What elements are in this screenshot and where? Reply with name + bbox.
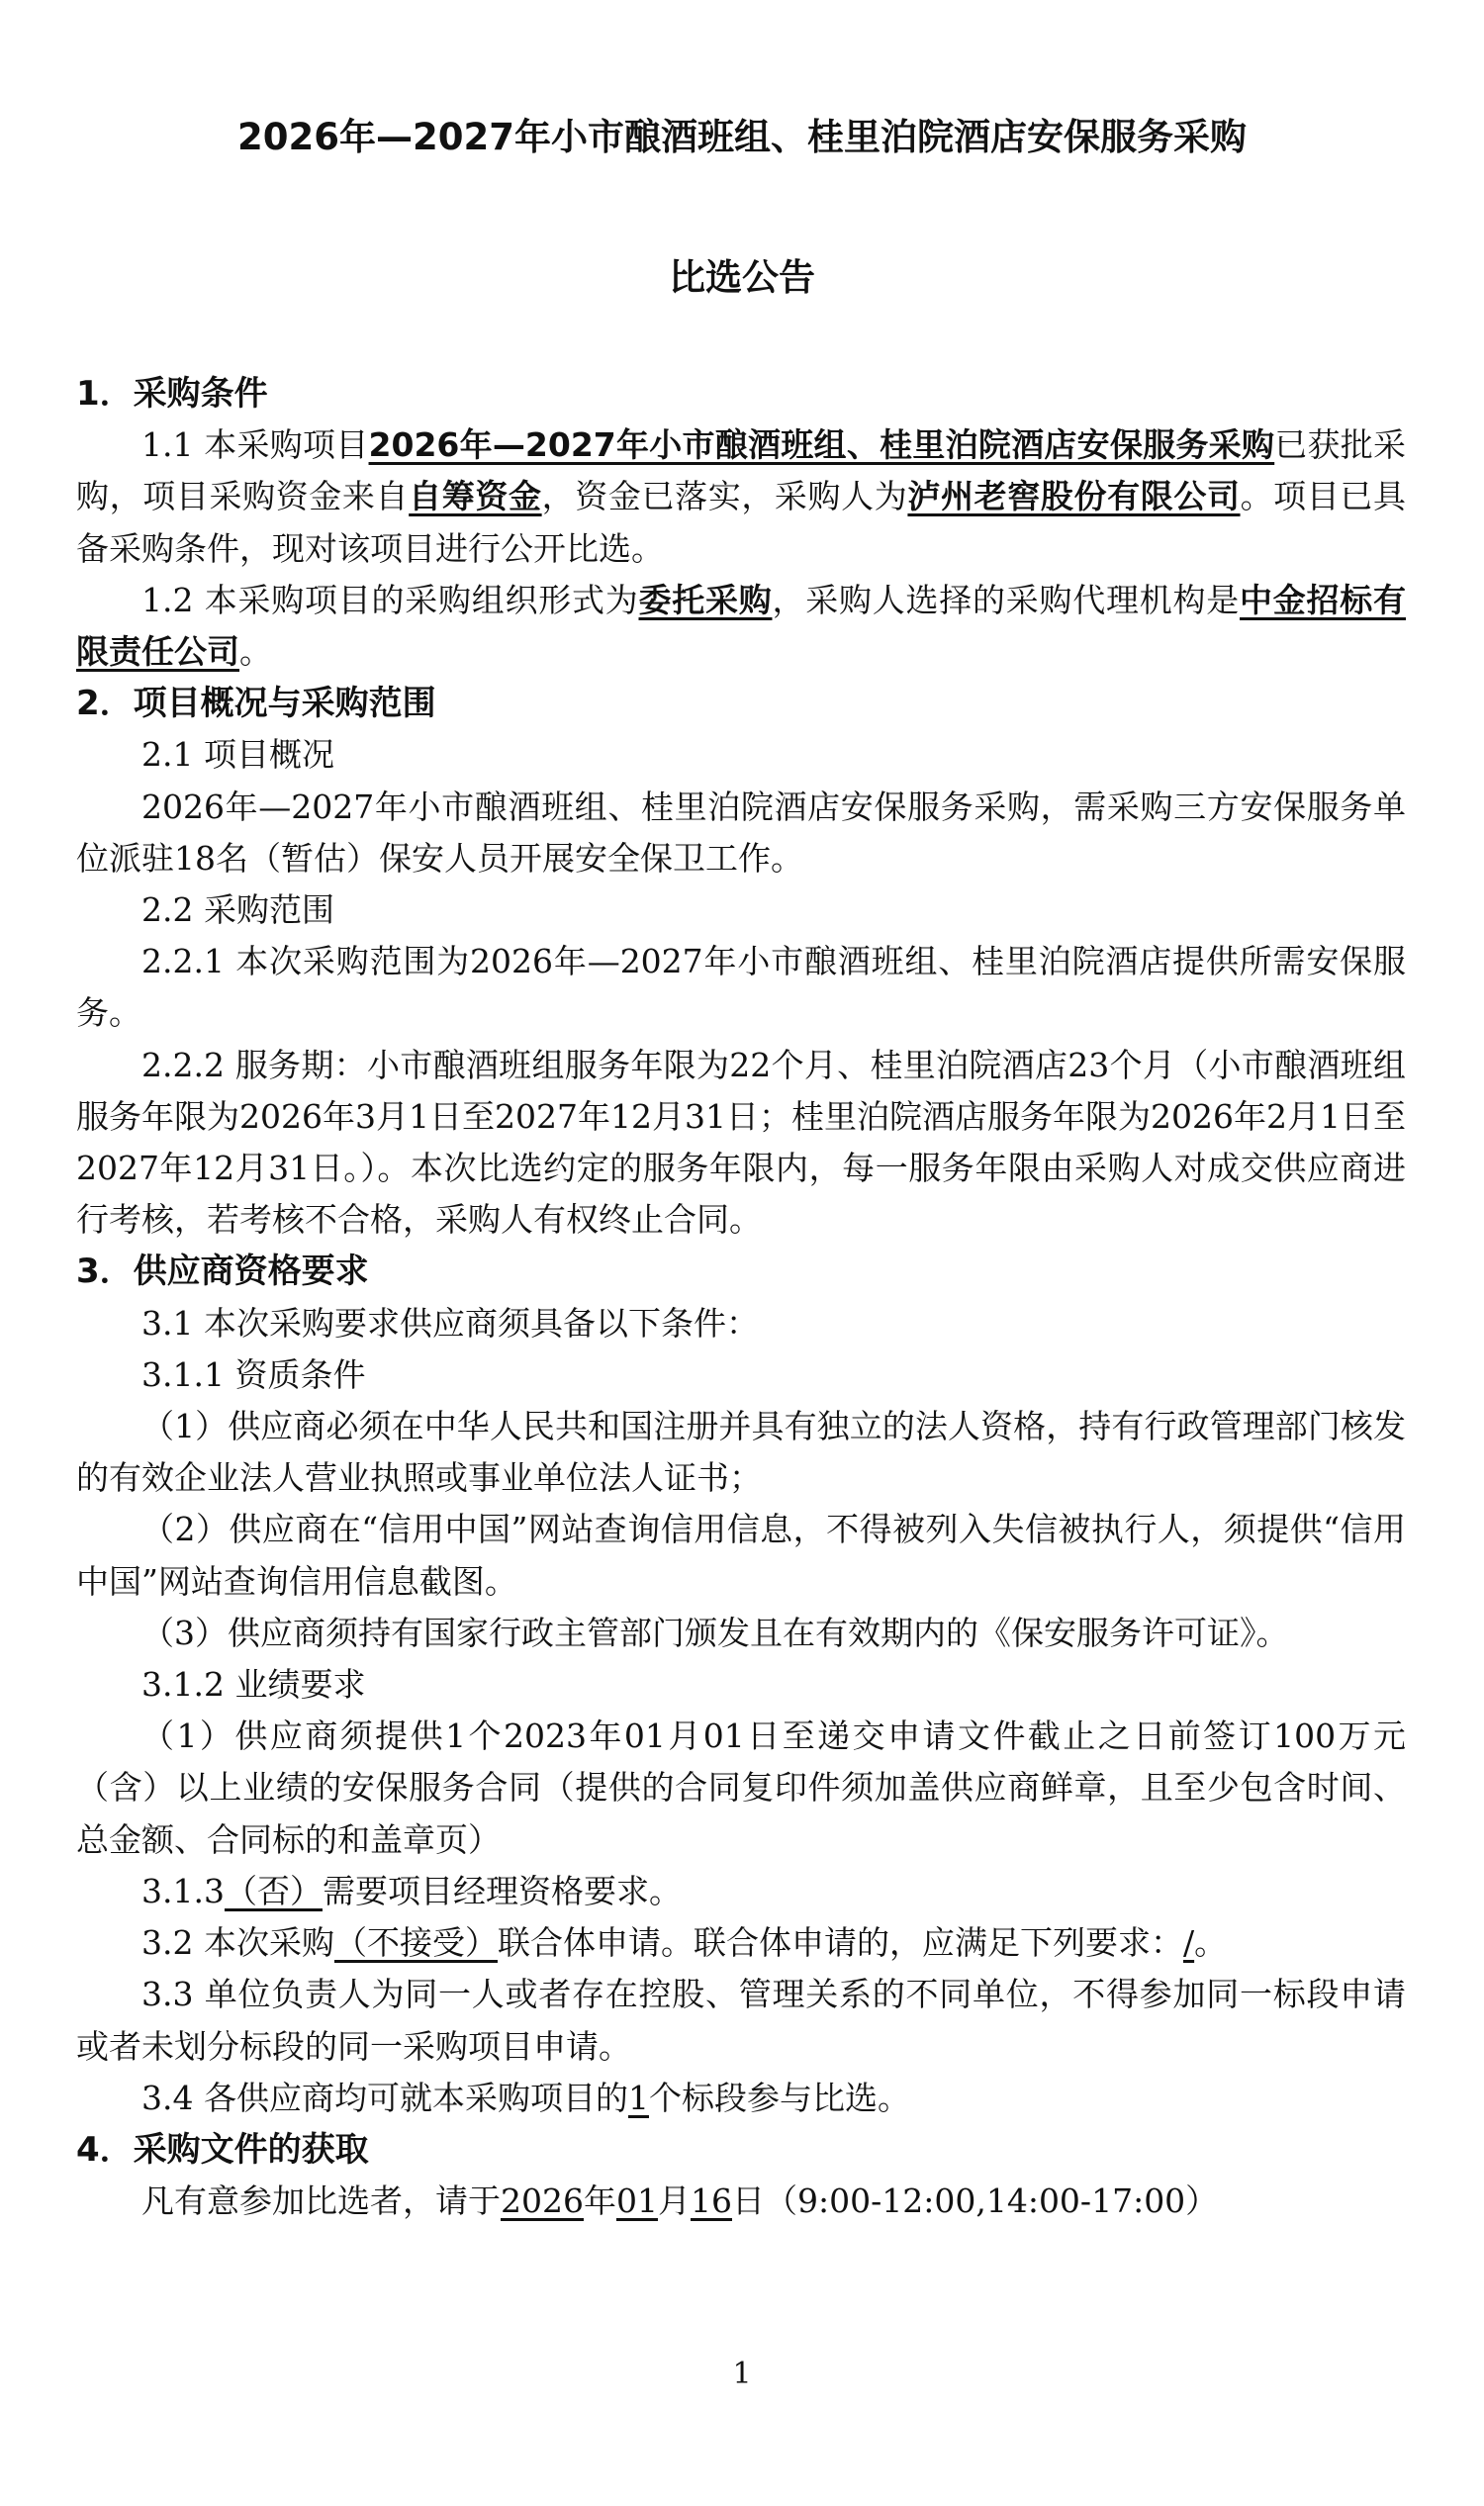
qualification-item-2: （2）供应商在“信用中国”网站查询信用信息，不得被列入失信被执行人，须提供“信用… [76, 1504, 1406, 1607]
consortium-requirement: / [1183, 1923, 1194, 1962]
text: 。 [239, 632, 272, 671]
fund-source: 自筹资金 [409, 477, 541, 515]
date-month: 01 [616, 2181, 658, 2220]
document-body: 1．采购条件 1.1 本采购项目2026年—2027年小市酿酒班组、桂里泊院酒店… [76, 368, 1406, 2227]
performance-item-1: （1）供应商须提供1个2023年01月01日至递交申请文件截止之日前签订100万… [76, 1711, 1406, 1866]
subheading-3-1-2: 3.1.2 业绩要求 [76, 1659, 1406, 1711]
text: 需要项目经理资格要求。 [323, 1872, 682, 1910]
section-heading-4: 4．采购文件的获取 [76, 2124, 1406, 2176]
paragraph-3-1-3: 3.1.3（否）需要项目经理资格要求。 [76, 1866, 1406, 1917]
paragraph-2-2-1: 2.2.1 本次采购范围为2026年—2027年小市酿酒班组、桂里泊院酒店提供所… [76, 936, 1406, 1039]
section-heading-3: 3．供应商资格要求 [76, 1246, 1406, 1297]
text: 年 [584, 2181, 616, 2220]
paragraph-3-3: 3.3 单位负责人为同一人或者存在控股、管理关系的不同单位，不得参加同一标段申请… [76, 1969, 1406, 2072]
text: 3.4 各供应商均可就本采购项目的 [141, 2079, 628, 2117]
paragraph-2-1: 2026年—2027年小市酿酒班组、桂里泊院酒店安保服务采购，需采购三方安保服务… [76, 782, 1406, 884]
paragraph-3-1: 3.1 本次采购要求供应商须具备以下条件： [76, 1298, 1406, 1349]
qualification-item-3: （3）供应商须持有国家行政主管部门颁发且在有效期内的《保安服务许可证》。 [76, 1608, 1406, 1659]
section-heading-2: 2．项目概况与采购范围 [76, 678, 1406, 729]
paragraph-1-2: 1.2 本采购项目的采购组织形式为委托采购，采购人选择的采购代理机构是中金招标有… [76, 575, 1406, 678]
section-heading-1: 1．采购条件 [76, 368, 1406, 419]
consortium-flag: （不接受） [334, 1923, 498, 1962]
subheading-2-1: 2.1 项目概况 [76, 729, 1406, 781]
document-subtitle: 比选公告 [0, 247, 1484, 301]
paragraph-4: 凡有意参加比选者，请于2026年01月16日（9:00-12:00,14:00-… [76, 2176, 1406, 2227]
text: 个标段参与比选。 [649, 2079, 910, 2117]
page-number: 1 [0, 2357, 1484, 2391]
text: 1.2 本采购项目的采购组织形式为 [141, 581, 638, 619]
text: 3.1.3 [141, 1872, 225, 1910]
paragraph-1-1: 1.1 本采购项目2026年—2027年小市酿酒班组、桂里泊院酒店安保服务采购已… [76, 419, 1406, 575]
lot-count: 1 [628, 2079, 649, 2117]
subheading-3-1-1: 3.1.1 资质条件 [76, 1349, 1406, 1401]
text: ，资金已落实，采购人为 [542, 477, 908, 515]
org-form: 委托采购 [638, 581, 772, 619]
subheading-2-2: 2.2 采购范围 [76, 884, 1406, 936]
text: 凡有意参加比选者，请于 [141, 2181, 501, 2220]
document-page: 2026年—2027年小市酿酒班组、桂里泊院酒店安保服务采购 比选公告 1．采购… [0, 0, 1484, 2506]
office-hours: （9:00-12:00,14:00-17:00） [765, 2181, 1218, 2220]
text: 1.1 本采购项目 [141, 425, 369, 464]
document-title: 2026年—2027年小市酿酒班组、桂里泊院酒店安保服务采购 [0, 107, 1484, 160]
paragraph-2-2-2: 2.2.2 服务期：小市酿酒班组服务年限为22个月、桂里泊院酒店23个月（小市酿… [76, 1040, 1406, 1247]
text: 月 [658, 2181, 691, 2220]
text: 3.2 本次采购 [141, 1923, 334, 1962]
purchaser-name: 泸州老窖股份有限公司 [907, 477, 1240, 515]
date-day: 16 [691, 2181, 732, 2220]
paragraph-3-2: 3.2 本次采购（不接受）联合体申请。联合体申请的，应满足下列要求：/。 [76, 1917, 1406, 1969]
pm-requirement-flag: （否） [225, 1872, 323, 1910]
date-year: 2026 [501, 2181, 584, 2220]
text: 。 [1194, 1923, 1227, 1962]
text: ，采购人选择的采购代理机构是 [773, 581, 1241, 619]
project-name: 2026年—2027年小市酿酒班组、桂里泊院酒店安保服务采购 [369, 425, 1275, 464]
qualification-item-1: （1）供应商必须在中华人民共和国注册并具有独立的法人资格，持有行政管理部门核发的… [76, 1401, 1406, 1504]
text: 联合体申请。联合体申请的，应满足下列要求： [498, 1923, 1183, 1962]
paragraph-3-4: 3.4 各供应商均可就本采购项目的1个标段参与比选。 [76, 2073, 1406, 2124]
text: 日 [732, 2181, 765, 2220]
